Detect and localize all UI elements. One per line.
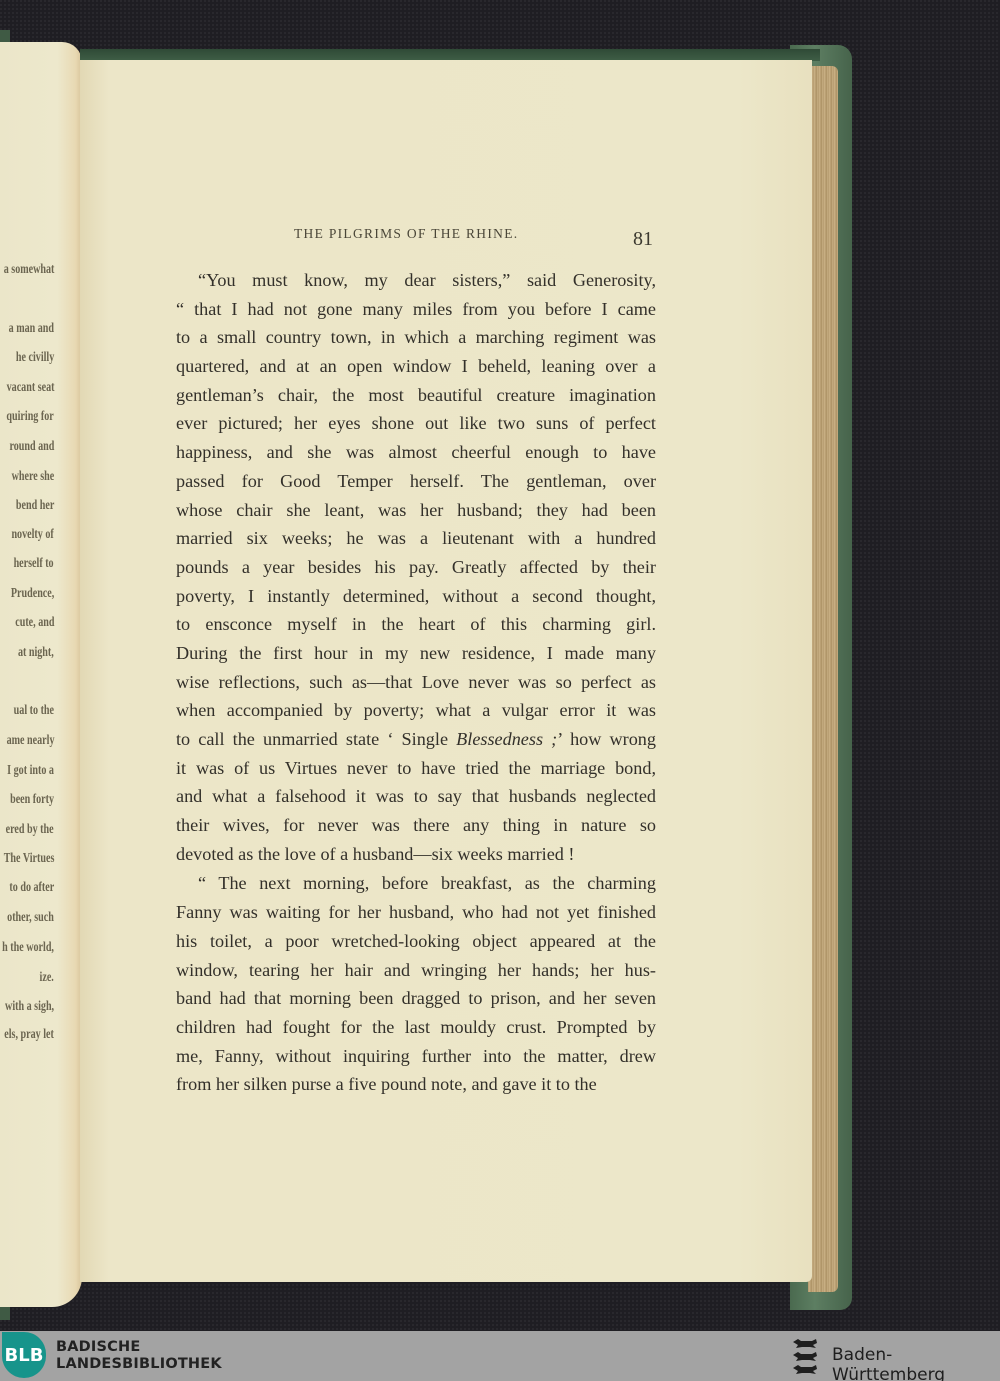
previous-page-text-fragment: at night, <box>18 645 54 661</box>
text-line: married six weeks; he was a lieutenant w… <box>176 524 656 553</box>
text-line: devoted as the love of a husband—six wee… <box>176 840 656 869</box>
text-line: to ensconce myself in the heart of this … <box>176 610 656 639</box>
previous-page-text-fragment: vacant seat <box>6 380 54 396</box>
text-line: from her silken purse a five pound note,… <box>176 1070 656 1099</box>
previous-page-text-fragment: els, pray let <box>4 1027 54 1043</box>
footer-bar: BLB BADISCHE LANDESBIBLIOTHEK Baden-Würt… <box>0 1331 1000 1381</box>
text-line: their wives, for never was there any thi… <box>176 811 656 840</box>
previous-page-text-fragment: bend her <box>16 498 54 514</box>
previous-page-text-fragment: cute, and <box>15 615 54 631</box>
previous-page-text-fragment: h the world, <box>2 940 54 956</box>
text-line: quartered, and at an open window I behel… <box>176 352 656 381</box>
text-line: band had that morning been dragged to pr… <box>176 984 656 1013</box>
previous-page-text-fragment: round and <box>9 439 54 455</box>
previous-page-text-fragment: to do after <box>9 880 54 896</box>
text-line: window, tearing her hair and wringing he… <box>176 956 656 985</box>
italic-text-span: Blessedness ; <box>456 729 557 749</box>
previous-page-text-fragment: novelty of <box>12 527 54 543</box>
text-line: ever pictured; her eyes shone out like t… <box>176 409 656 438</box>
previous-page-text-fragment: ual to the <box>14 703 54 719</box>
text-line: passed for Good Temper herself. The gent… <box>176 467 656 496</box>
text-span: ’ how wrong <box>557 729 656 749</box>
previous-page-text-fragment: he civilly <box>16 350 54 366</box>
state-name[interactable]: Baden-Württemberg <box>832 1345 1000 1381</box>
text-line: “You must know, my dear sisters,” said G… <box>176 266 656 295</box>
library-name[interactable]: BADISCHE LANDESBIBLIOTHEK <box>56 1339 222 1373</box>
text-line: “ that I had not gone many miles from yo… <box>176 295 656 324</box>
previous-page: a somewhata man andhe civillyvacant seat… <box>0 42 82 1307</box>
previous-page-text-fragment: herself to <box>14 556 54 572</box>
text-span: to call the unmarried state ‘ Single <box>176 729 456 749</box>
text-line: me, Fanny, without inquiring further int… <box>176 1042 656 1071</box>
previous-page-text-fragment: I got into a <box>7 763 54 779</box>
previous-page-text-fragment: a man and <box>9 321 54 337</box>
text-line: to call the unmarried state ‘ Single Ble… <box>176 725 656 754</box>
text-line: “ The next morning, before breakfast, as… <box>176 869 656 898</box>
text-line: when accompanied by poverty; what a vulg… <box>176 696 656 725</box>
previous-page-text-fragment: where she <box>11 469 54 485</box>
text-line: During the first hour in my new residenc… <box>176 639 656 668</box>
text-line: gentleman’s chair, the most beautiful cr… <box>176 381 656 410</box>
text-line: children had fought for the last mouldy … <box>176 1013 656 1042</box>
text-line: pounds a year besides his pay. Greatly a… <box>176 553 656 582</box>
previous-page-text-fragment: ize. <box>40 970 54 986</box>
previous-page-text-fragment: ered by the <box>6 822 54 838</box>
previous-page-text-fragment: a somewhat <box>3 262 54 278</box>
text-line: it was of us Virtues never to have tried… <box>176 754 656 783</box>
page-edges <box>808 66 838 1292</box>
text-line: happiness, and she was almost cheerful e… <box>176 438 656 467</box>
previous-page-text-fragment: ame nearly <box>6 733 54 749</box>
previous-page-text-fragment: been forty <box>10 792 54 808</box>
previous-page-text-fragment: Prudence, <box>11 586 54 602</box>
previous-page-text-fragment: quiring for <box>7 409 54 425</box>
text-line: Fanny was waiting for her husband, who h… <box>176 898 656 927</box>
running-head: THE PILGRIMS OF THE RHINE. <box>294 226 518 242</box>
page-number: 81 <box>633 228 653 251</box>
text-line: poverty, I instantly determined, without… <box>176 582 656 611</box>
previous-page-text-fragment: with a sigh, <box>5 999 54 1015</box>
previous-page-text-fragment: The Virtues <box>3 851 54 867</box>
text-line: whose chair she leant, was her husband; … <box>176 496 656 525</box>
coat-of-arms-three-lions-icon <box>790 1336 820 1376</box>
text-line: and what a falsehood it was to say that … <box>176 782 656 811</box>
blb-logo[interactable]: BLB <box>2 1332 46 1378</box>
previous-page-text-fragment: other, such <box>7 910 54 926</box>
page-body-text: “You must know, my dear sisters,” said G… <box>176 266 656 1099</box>
library-name-line2: LANDESBIBLIOTHEK <box>56 1356 222 1373</box>
text-line: wise reflections, such as—that Love neve… <box>176 668 656 697</box>
text-line: to a small country town, in which a marc… <box>176 323 656 352</box>
text-line: his toilet, a poor wretched-looking obje… <box>176 927 656 956</box>
library-name-line1: BADISCHE <box>56 1339 222 1356</box>
